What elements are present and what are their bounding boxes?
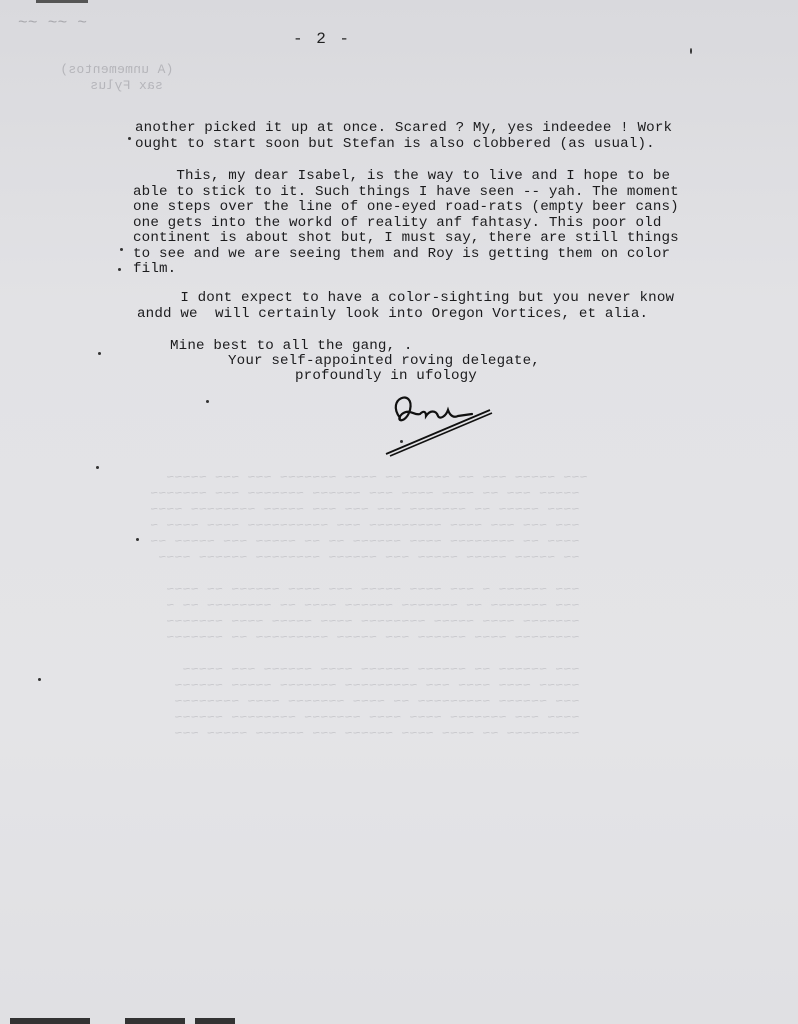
scan-edge-mark [195,1018,235,1024]
paper-speck [120,248,123,251]
bleed-through-header-1: (A unmementos) [60,62,173,77]
paragraph-3-line-2: andd we will certainly look into Oregon … [137,306,648,322]
paper-speck [118,268,121,271]
bleed-through-body: ~~~ ~~~~~ ~~~ ~~ ~~~~~ ~~ ~~~~ ~~~~~~~ ~… [150,470,587,742]
paragraph-2-line-7: film. [133,261,176,277]
paragraph-2-line-5: continent is about shot but, I must say,… [133,230,679,246]
paragraph-2-line-6: to see and we are seeing them and Roy is… [133,246,670,262]
paper-speck [38,678,41,681]
scan-edge-mark [125,1018,185,1024]
paper-speck [690,48,692,54]
paper-speck [96,466,99,469]
paragraph-1-line-1: another picked it up at once. Scared ? M… [135,120,672,136]
paragraph-2-line-4: one gets into the workd of reality anf f… [133,215,662,231]
paper-speck [136,538,139,541]
bleed-through-header-2: sax Fylus [90,78,163,93]
paper-speck [128,137,131,140]
paragraph-2-line-3: one steps over the line of one-eyed road… [133,199,679,215]
pencil-corner-note: ~~ ~~ ~ [18,14,87,32]
paper-speck [206,400,209,403]
paper-speck [98,352,101,355]
paragraph-1: another picked it up at once. Scared ? M… [135,121,672,152]
paragraph-1-line-2: ought to start soon but Stefan is also c… [135,136,655,152]
paragraph-3-line-1: I dont expect to have a color-sighting b… [137,290,674,306]
scan-edge-mark [36,0,88,3]
paragraph-2: This, my dear Isabel, is the way to live… [133,169,679,278]
letter-page: ~~ ~~ ~ (A unmementos) sax Fylus ~~~ ~~~… [0,0,798,1024]
paragraph-2-line-1: This, my dear Isabel, is the way to live… [133,168,670,184]
signoff-line-2: profoundly in ufology [295,369,477,385]
scan-edge-mark [10,1018,90,1024]
page-number: - 2 - [293,30,351,48]
paper-speck [400,440,403,443]
paragraph-3: I dont expect to have a color-sighting b… [137,291,674,322]
paragraph-2-line-2: able to stick to it. Such things I have … [133,184,679,200]
handwritten-signature [380,388,500,458]
